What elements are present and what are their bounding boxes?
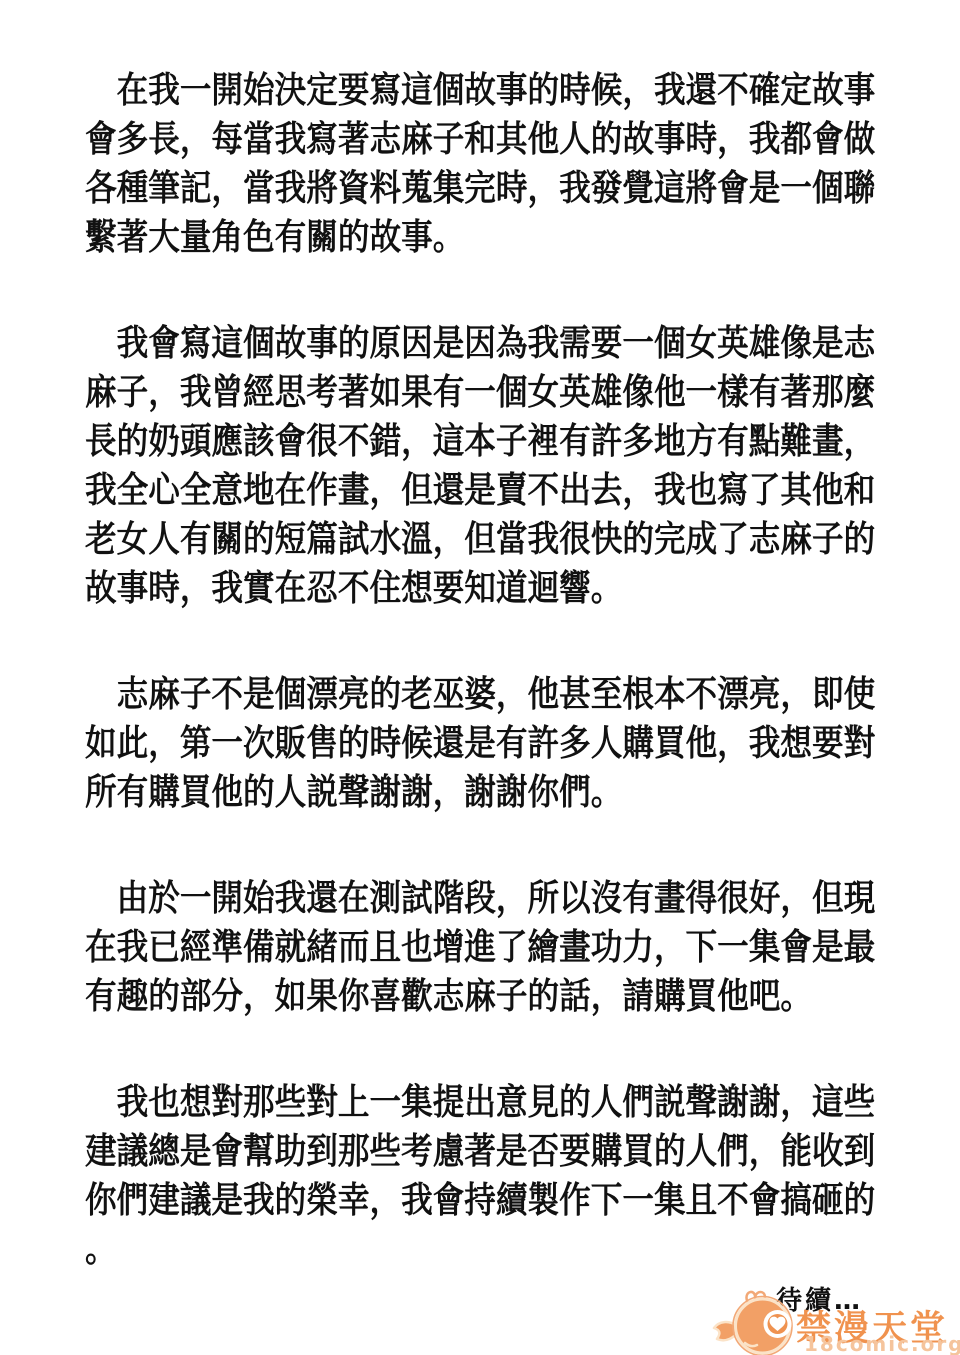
afterword-text: 在我一開始決定要寫這個故事的時候，我還不確定故事會多長，每當我寫著志麻子和其他人… xyxy=(85,66,877,1274)
text-line: 所有購買他的人説聲謝謝，謝謝你們。 xyxy=(85,768,877,817)
paragraph: 我會寫這個故事的原因是因為我需要一個女英雄像是志麻子，我曾經思考著如果有一個女英… xyxy=(85,319,877,613)
text-line: 。 xyxy=(85,1225,877,1274)
text-line: 各種筆記，當我將資料蒐集完時，我發覺這將會是一個聯 xyxy=(85,164,877,213)
text-line: 繫著大量角色有關的故事。 xyxy=(85,213,877,262)
text-line: 長的奶頭應該會很不錯，這本子裡有許多地方有點難畫， xyxy=(85,417,877,466)
paragraph: 由於一開始我還在測試階段，所以沒有畫得很好，但現在我已經準備就緒而且也增進了繪畫… xyxy=(85,874,877,1021)
text-line: 你們建議是我的榮幸，我會持續製作下一集且不會搞砸的 xyxy=(85,1176,877,1225)
to-be-continued-label: 待續… xyxy=(776,1280,863,1317)
paragraph: 在我一開始決定要寫這個故事的時候，我還不確定故事會多長，每當我寫著志麻子和其他人… xyxy=(85,66,877,262)
text-line: 我會寫這個故事的原因是因為我需要一個女英雄像是志 xyxy=(85,319,877,368)
text-line: 建議總是會幫助到那些考慮著是否要購買的人們，能收到 xyxy=(85,1127,877,1176)
text-line: 由於一開始我還在測試階段，所以沒有畫得很好，但現 xyxy=(85,874,877,923)
text-line: 我也想對那些對上一集提出意見的人們説聲謝謝，這些 xyxy=(85,1078,877,1127)
text-line: 故事時，我實在忍不住想要知道迴響。 xyxy=(85,564,877,613)
text-line: 會多長，每當我寫著志麻子和其他人的故事時，我都會做 xyxy=(85,115,877,164)
paragraph: 我也想對那些對上一集提出意見的人們説聲謝謝，這些建議總是會幫助到那些考慮著是否要… xyxy=(85,1078,877,1274)
text-line: 在我已經準備就緒而且也增進了繪畫功力，下一集會是最 xyxy=(85,923,877,972)
afterword-page: 在我一開始決定要寫這個故事的時候，我還不確定故事會多長，每當我寫著志麻子和其他人… xyxy=(0,0,960,1355)
text-line: 有趣的部分，如果你喜歡志麻子的話，請購買他吧。 xyxy=(85,972,877,1021)
text-line: 如此，第一次販售的時候還是有許多人購買他，我想要對 xyxy=(85,719,877,768)
text-line: 志麻子不是個漂亮的老巫婆，他甚至根本不漂亮，即使 xyxy=(85,670,877,719)
text-line: 麻子，我曾經思考著如果有一個女英雄像他一樣有著那麼 xyxy=(85,368,877,417)
text-line: 老女人有關的短篇試水溫，但當我很快的完成了志麻子的 xyxy=(85,515,877,564)
watermark-site-url: 18comic.org xyxy=(804,1332,960,1355)
text-line: 我全心全意地在作畫，但還是賣不出去，我也寫了其他和 xyxy=(85,466,877,515)
text-line: 在我一開始決定要寫這個故事的時候，我還不確定故事 xyxy=(85,66,877,115)
paragraph: 志麻子不是個漂亮的老巫婆，他甚至根本不漂亮，即使如此，第一次販售的時候還是有許多… xyxy=(85,670,877,817)
